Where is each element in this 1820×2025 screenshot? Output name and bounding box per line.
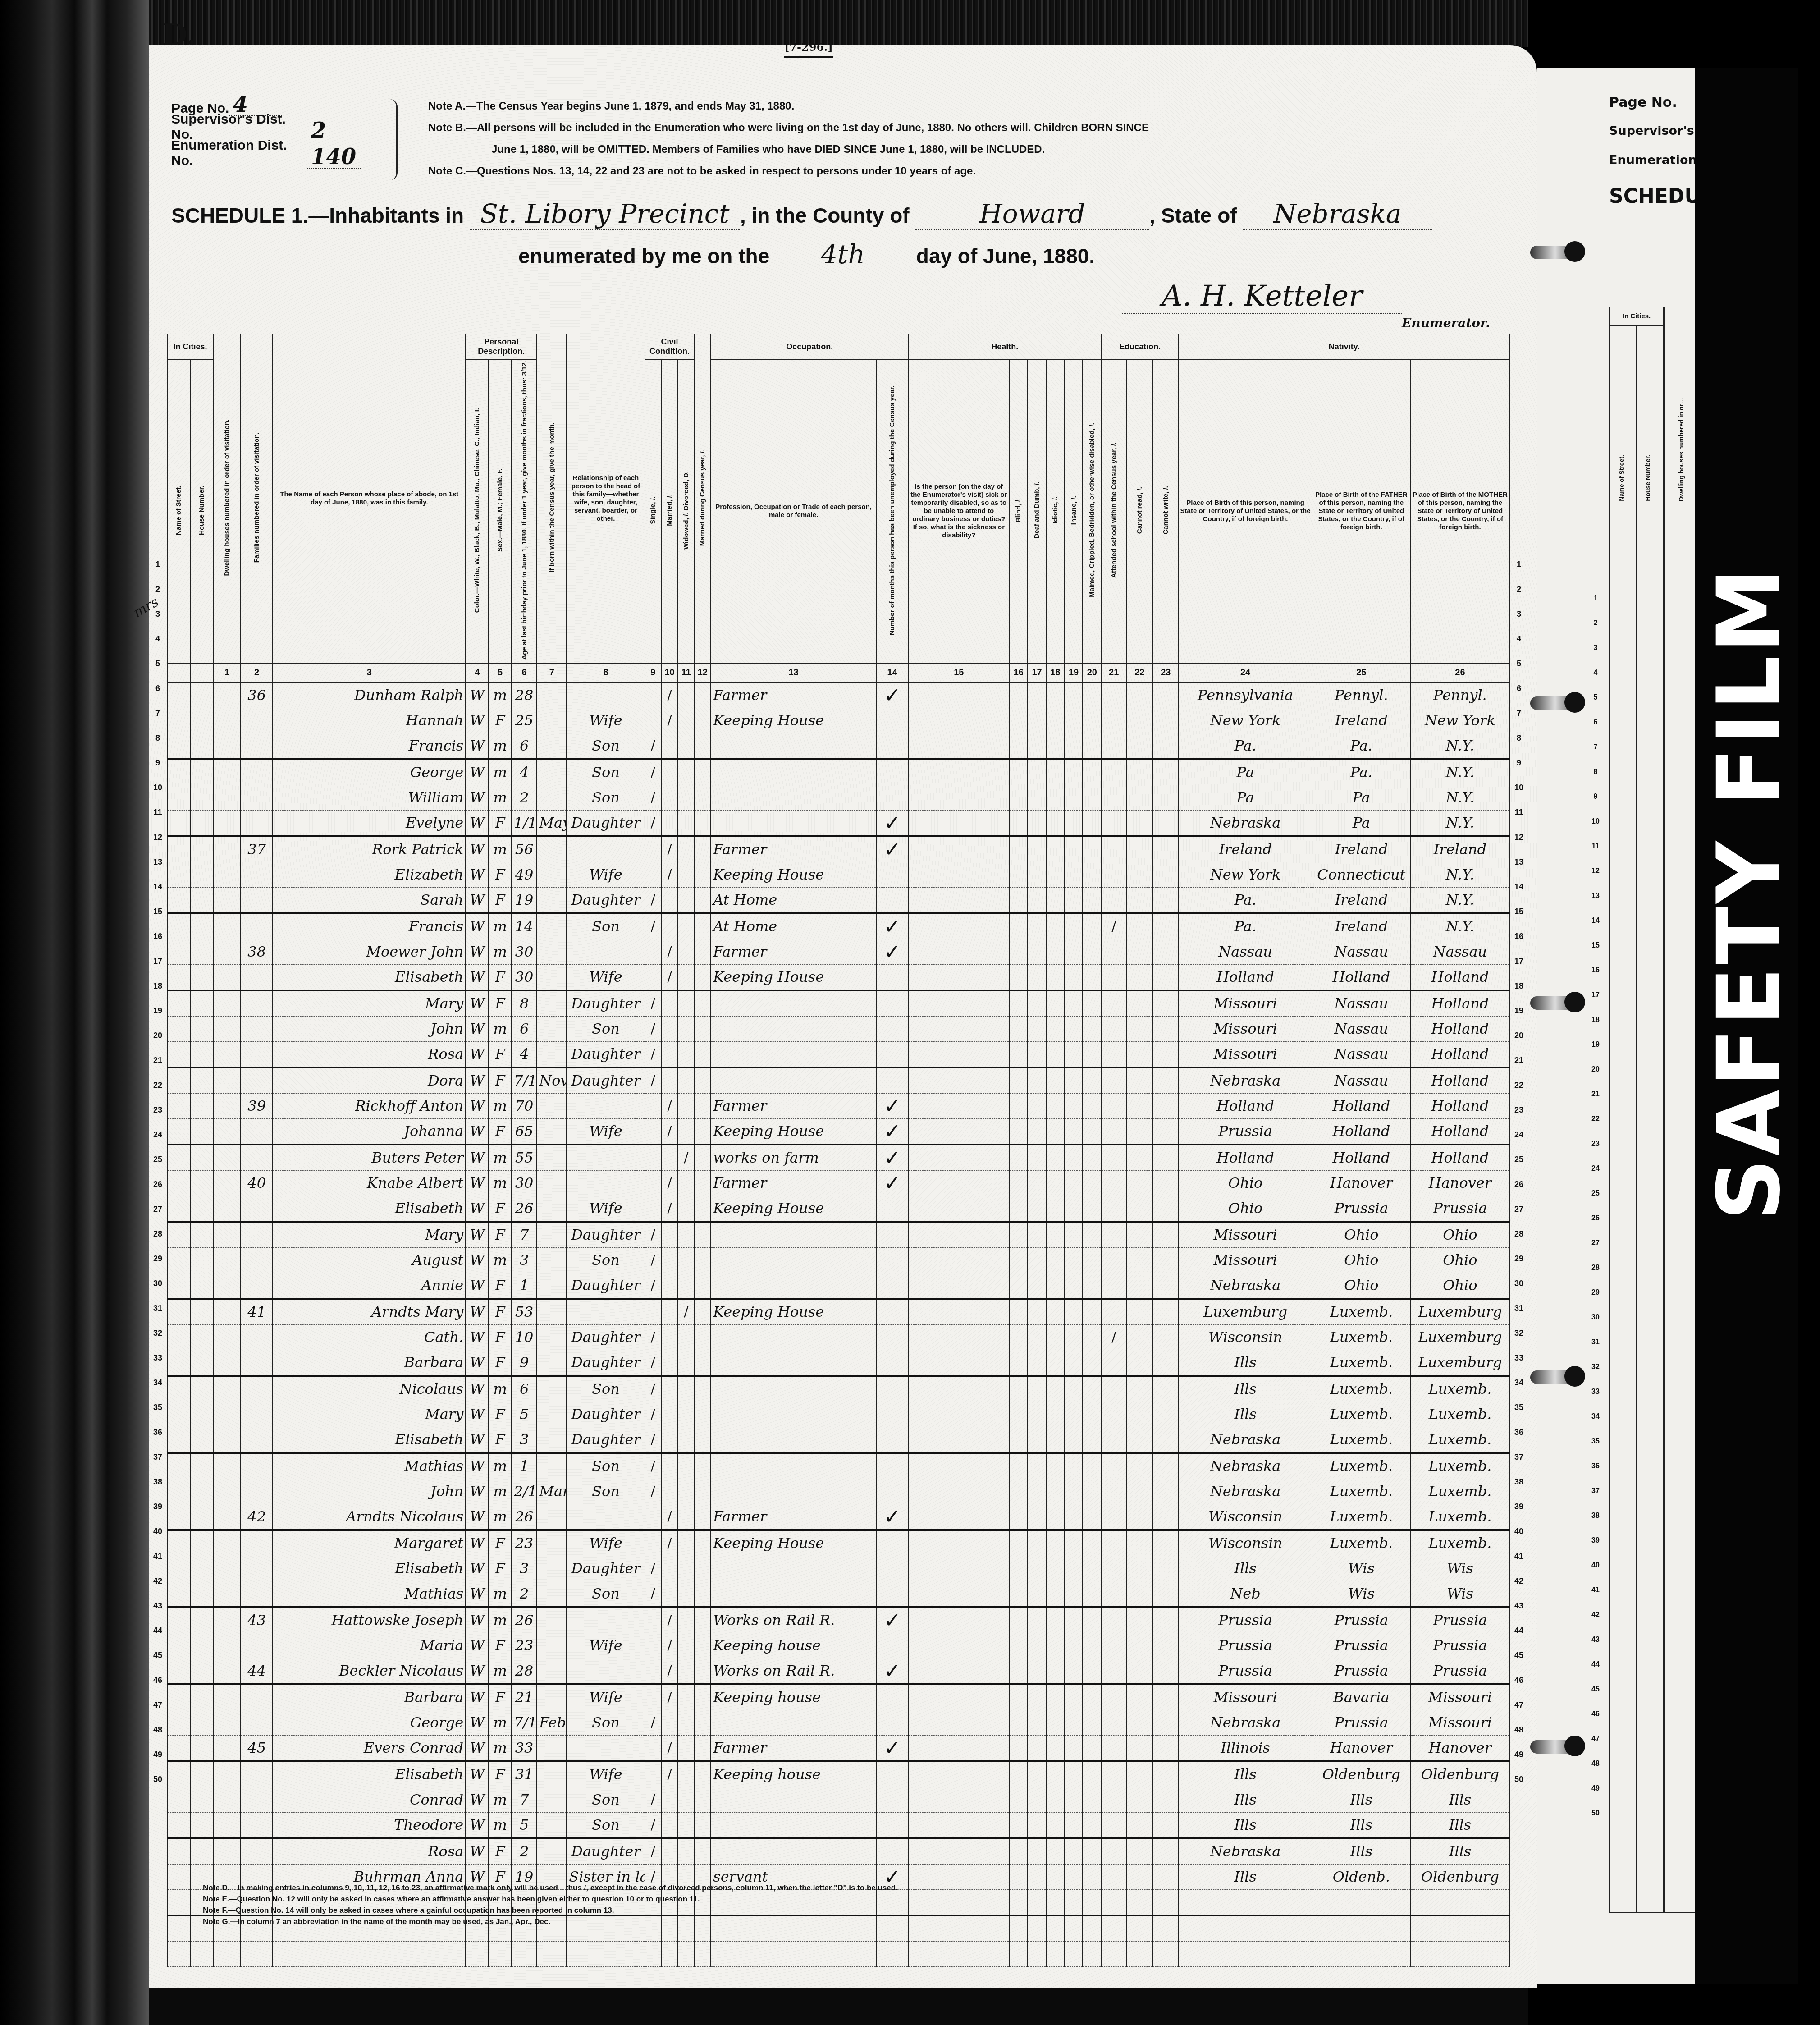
sex-cell: F: [489, 1838, 512, 1865]
surname: Hattowske: [331, 1612, 410, 1629]
census-row: Buters PeterWm55/works on farm✓HollandHo…: [167, 1145, 1509, 1171]
color-cell: W: [466, 1735, 489, 1761]
census-row: GeorgeWm4Son/PaPa.N.Y.: [167, 759, 1509, 785]
given-name: Rosa: [428, 1843, 463, 1860]
attended-school-cell: [1101, 1684, 1126, 1710]
father-birthplace-cell: Ohio: [1312, 1273, 1411, 1299]
attended-school-cell: [1101, 1273, 1126, 1299]
occupation-cell: [711, 1376, 876, 1402]
cannot-read-cell: [1126, 1273, 1152, 1299]
occupation-cell: Farmer: [711, 1093, 876, 1118]
cannot-read-cell: [1126, 1222, 1152, 1248]
occupation-cell: [711, 1324, 876, 1350]
surname: Buters: [371, 1149, 420, 1166]
dwelling-number-cell: [213, 1581, 241, 1607]
mother-birthplace-cell: Pennyl.: [1411, 683, 1509, 708]
dwelling-number-cell: [213, 1735, 241, 1761]
insane-cell: [1065, 1556, 1083, 1581]
occupation-cell: Keeping House: [711, 1299, 876, 1325]
given-name: William: [408, 789, 464, 806]
dwelling-number-cell: [213, 1376, 241, 1402]
cannot-read-cell: [1126, 1607, 1152, 1633]
line-number: 19: [1587, 1032, 1605, 1057]
street-cell: [167, 1324, 190, 1350]
cannot-write-cell: [1152, 1427, 1179, 1453]
name-cell: Nicolaus: [273, 1376, 466, 1402]
house-number-cell: [190, 1067, 213, 1094]
relationship-cell: Wife: [567, 1196, 645, 1222]
blind-cell: [1009, 1402, 1028, 1427]
cannot-read-cell: [1126, 1350, 1152, 1376]
idiotic-cell: [1046, 1684, 1065, 1710]
sickness-cell: [908, 1067, 1009, 1094]
color-cell: W: [466, 1273, 489, 1299]
family-number-cell: [241, 1684, 273, 1710]
house-number-cell: [190, 1735, 213, 1761]
given-name: Nicolaus: [399, 1380, 463, 1397]
book-binding: [0, 0, 149, 2025]
married-cell: /: [661, 1761, 678, 1787]
idiotic-cell: [1046, 1016, 1065, 1041]
line-number: 9: [149, 751, 167, 775]
census-row: MariaWF23Wife/Keeping housePrussiaPrussi…: [167, 1633, 1509, 1658]
mother-birthplace-cell: N.Y.: [1411, 785, 1509, 810]
cannot-write-cell: [1152, 964, 1179, 990]
name-cell: Evers Conrad: [273, 1735, 466, 1761]
birthplace-cell: [1179, 1915, 1312, 1942]
father-birthplace-cell: Luxemb.: [1312, 1324, 1411, 1350]
color-cell: W: [466, 1787, 489, 1812]
family-number-cell: 39: [241, 1093, 273, 1118]
house-number-cell: [190, 913, 213, 939]
age-cell: 28: [512, 1658, 537, 1684]
given-name: Maria: [420, 1637, 463, 1654]
line-number: 38: [149, 1470, 167, 1494]
months-unemployed-cell: [876, 1761, 908, 1787]
age-cell: 1/12: [512, 810, 537, 836]
cannot-write-cell: [1152, 683, 1179, 708]
sex-cell: m: [489, 1170, 512, 1196]
sickness-cell: [908, 990, 1009, 1017]
given-name: John: [430, 1020, 463, 1037]
dwelling-number-cell: [213, 1710, 241, 1735]
dwelling-number-cell: [213, 887, 241, 913]
months-unemployed-cell: [876, 1324, 908, 1350]
note-a: Note A.—The Census Year begins June 1, 1…: [428, 96, 1149, 117]
sex-cell: m: [489, 1145, 512, 1171]
birth-month-cell: [537, 1761, 567, 1787]
dwelling-number-cell: [213, 708, 241, 733]
occupation-cell: Keeping House: [711, 708, 876, 733]
given-name: Elizabeth: [395, 866, 464, 883]
given-name: Theodore: [394, 1816, 463, 1833]
given-name: Johanna: [404, 1122, 463, 1140]
column-number: 1: [213, 664, 241, 683]
occupation-cell: [711, 759, 876, 785]
deaf-dumb-cell: [1028, 1145, 1046, 1171]
married-in-year-cell: [695, 1067, 711, 1094]
line-number: 41: [1510, 1544, 1528, 1569]
surname: Evers: [364, 1739, 405, 1756]
mother-birthplace-cell: Luxemb.: [1411, 1479, 1509, 1504]
street-cell: [167, 1761, 190, 1787]
street-cell: [167, 1633, 190, 1658]
father-birthplace-cell: Holland: [1312, 1145, 1411, 1171]
birthplace-cell: Prussia: [1179, 1118, 1312, 1145]
line-number: 34: [149, 1370, 167, 1395]
name-cell: George: [273, 759, 466, 785]
street-cell: [167, 1016, 190, 1041]
name-cell: [273, 1941, 466, 1966]
relationship-cell: Wife: [567, 1633, 645, 1658]
sickness-cell: [908, 1402, 1009, 1427]
sex-cell: F: [489, 1041, 512, 1067]
married-in-year-cell: [695, 1607, 711, 1633]
color-cell: W: [466, 1504, 489, 1530]
father-birthplace-cell: Oldenburg: [1312, 1761, 1411, 1787]
header-age: Age at last birthday prior to June 1, 18…: [512, 359, 537, 664]
given-name: Evelyne: [406, 814, 463, 831]
age-cell: 3: [512, 1427, 537, 1453]
line-number: 40: [149, 1519, 167, 1544]
blind-cell: [1009, 1658, 1028, 1684]
widowed-cell: [678, 1735, 695, 1761]
blind-cell: [1009, 1196, 1028, 1222]
cannot-write-cell: [1152, 1067, 1179, 1094]
months-unemployed-cell: ✓: [876, 683, 908, 708]
married-in-year-cell: [695, 1402, 711, 1427]
line-number: 17: [149, 949, 167, 974]
line-number: 45: [149, 1643, 167, 1668]
note-b: Note B.—All persons will be included in …: [428, 117, 1149, 139]
blind-cell: [1009, 1273, 1028, 1299]
sex-cell: F: [489, 990, 512, 1017]
relationship-cell: Son: [567, 1812, 645, 1838]
family-number-cell: [241, 1633, 273, 1658]
line-number: 42: [1510, 1569, 1528, 1594]
census-row: 36Dunham RalphWm28/Farmer✓PennsylvaniaPe…: [167, 683, 1509, 708]
mother-birthplace-cell: Holland: [1411, 964, 1509, 990]
color-cell: W: [466, 1350, 489, 1376]
surname: Dunham: [354, 687, 416, 704]
married-in-year-cell: [695, 785, 711, 810]
relationship-cell: Daughter: [567, 1838, 645, 1865]
house-number-cell: [190, 1376, 213, 1402]
age-cell: 14: [512, 913, 537, 939]
birth-month-cell: [537, 708, 567, 733]
sex-cell: m: [489, 1479, 512, 1504]
brace-divider: [390, 99, 398, 180]
insane-cell: [1065, 1453, 1083, 1479]
mother-birthplace-cell: N.Y.: [1411, 862, 1509, 887]
months-unemployed-cell: [876, 785, 908, 810]
column-number: 19: [1065, 664, 1083, 683]
name-cell: Evelyne: [273, 810, 466, 836]
maimed-cell: [1083, 1684, 1101, 1710]
single-cell: /: [645, 1016, 662, 1041]
attended-school-cell: [1101, 708, 1126, 733]
dwelling-number-cell: [213, 1222, 241, 1248]
line-number: 32: [1510, 1321, 1528, 1346]
father-birthplace-cell: Prussia: [1312, 1658, 1411, 1684]
enumeration-dist-value: 140: [307, 146, 361, 169]
attended-school-cell: [1101, 964, 1126, 990]
column-number: 16: [1009, 664, 1028, 683]
married-cell: [661, 1710, 678, 1735]
color-cell: W: [466, 913, 489, 939]
maimed-cell: [1083, 1710, 1101, 1735]
attended-school-cell: /: [1101, 913, 1126, 939]
idiotic-cell: [1046, 1556, 1065, 1581]
cannot-read-cell: [1126, 1581, 1152, 1607]
attended-school-cell: [1101, 1350, 1126, 1376]
insane-cell: [1065, 913, 1083, 939]
house-number-cell: [190, 1838, 213, 1865]
census-row: MathiasWm2Son/NebWisWis: [167, 1581, 1509, 1607]
mother-birthplace-cell: N.Y.: [1411, 810, 1509, 836]
widowed-cell: [678, 1710, 695, 1735]
deaf-dumb-cell: [1028, 1350, 1046, 1376]
father-birthplace-cell: Connecticut: [1312, 862, 1411, 887]
months-unemployed-cell: [876, 1427, 908, 1453]
dwelling-number-cell: [213, 1145, 241, 1171]
birthplace-cell: Prussia: [1179, 1658, 1312, 1684]
header-color: Color.—White, W.; Black, B.; Mulatto, Mu…: [466, 359, 489, 664]
census-row: 39Rickhoff AntonWm70/Farmer✓HollandHolla…: [167, 1093, 1509, 1118]
father-birthplace-cell: [1312, 1941, 1411, 1966]
line-number: 50: [149, 1767, 167, 1792]
line-number: 30: [1510, 1271, 1528, 1296]
line-number: 21: [149, 1048, 167, 1073]
insane-cell: [1065, 1350, 1083, 1376]
attended-school-cell: [1101, 1041, 1126, 1067]
line-number: 15: [1587, 933, 1605, 958]
sickness-cell: [908, 862, 1009, 887]
sex-cell: F: [489, 1556, 512, 1581]
birth-month-cell: [537, 1941, 567, 1966]
single-cell: [645, 1504, 662, 1530]
sickness-cell: [908, 1118, 1009, 1145]
married-cell: /: [661, 1504, 678, 1530]
sex-cell: F: [489, 1273, 512, 1299]
cannot-read-cell: [1126, 913, 1152, 939]
maimed-cell: [1083, 1170, 1101, 1196]
widowed-cell: [678, 887, 695, 913]
name-cell: Francis: [273, 913, 466, 939]
occupation-cell: [711, 1479, 876, 1504]
cannot-read-cell: [1126, 939, 1152, 964]
line-number: 9: [1587, 784, 1605, 809]
maimed-cell: [1083, 1247, 1101, 1273]
sex-cell: m: [489, 733, 512, 759]
checkmark-icon: ✓: [883, 1119, 901, 1143]
maimed-cell: [1083, 1350, 1101, 1376]
family-number-cell: [241, 1710, 273, 1735]
idiotic-cell: [1046, 1761, 1065, 1787]
dwelling-number-cell: [213, 1684, 241, 1710]
birthplace-cell: Wisconsin: [1179, 1504, 1312, 1530]
occupation-cell: [711, 1941, 876, 1966]
rp-street: Name of Street.: [1618, 455, 1625, 501]
mother-birthplace-cell: Luxemburg: [1411, 1299, 1509, 1325]
house-number-cell: [190, 683, 213, 708]
idiotic-cell: [1046, 1915, 1065, 1942]
name-cell: Theodore: [273, 1812, 466, 1838]
birthplace-cell: Holland: [1179, 964, 1312, 990]
census-row: FrancisWm6Son/Pa.Pa.N.Y.: [167, 733, 1509, 759]
attended-school-cell: [1101, 1556, 1126, 1581]
widowed-cell: [678, 836, 695, 862]
cannot-read-cell: [1126, 1479, 1152, 1504]
street-cell: [167, 1196, 190, 1222]
street-cell: [167, 1453, 190, 1479]
blind-cell: [1009, 1479, 1028, 1504]
attended-school-cell: [1101, 759, 1126, 785]
married-cell: [661, 1787, 678, 1812]
header-relationship: Relationship of each person to the head …: [567, 334, 645, 664]
maimed-cell: [1083, 1273, 1101, 1299]
birthplace-cell: Missouri: [1179, 1247, 1312, 1273]
birthplace-cell: Pennsylvania: [1179, 683, 1312, 708]
father-birthplace-cell: Nassau: [1312, 939, 1411, 964]
cannot-write-cell: [1152, 1915, 1179, 1942]
father-birthplace-cell: Ohio: [1312, 1247, 1411, 1273]
father-birthplace-cell: Luxemb.: [1312, 1453, 1411, 1479]
color-cell: W: [466, 939, 489, 964]
widowed-cell: [678, 683, 695, 708]
sex-cell: m: [489, 1787, 512, 1812]
single-cell: /: [645, 1812, 662, 1838]
sickness-cell: [908, 1299, 1009, 1325]
idiotic-cell: [1046, 1658, 1065, 1684]
checkmark-icon: ✓: [883, 939, 901, 964]
idiotic-cell: [1046, 1889, 1065, 1915]
deaf-dumb-cell: [1028, 1581, 1046, 1607]
months-unemployed-cell: ✓: [876, 1504, 908, 1530]
relationship-cell: Daughter: [567, 1067, 645, 1094]
given-name: August: [412, 1251, 463, 1269]
married-cell: [661, 1941, 678, 1966]
widowed-cell: [678, 1812, 695, 1838]
given-name: Elisabeth: [395, 1200, 463, 1217]
relationship-cell: Son: [567, 913, 645, 939]
idiotic-cell: [1046, 1530, 1065, 1556]
idiotic-cell: [1046, 1170, 1065, 1196]
age-cell: 30: [512, 1170, 537, 1196]
deaf-dumb-cell: [1028, 1016, 1046, 1041]
family-number-cell: [241, 1479, 273, 1504]
sex-cell: m: [489, 683, 512, 708]
father-birthplace-cell: Hanover: [1312, 1735, 1411, 1761]
birthplace-cell: Nebraska: [1179, 1710, 1312, 1735]
line-number: 34: [1587, 1404, 1605, 1429]
deaf-dumb-cell: [1028, 1607, 1046, 1633]
header-married-census-year: Married during Census year, /.: [695, 334, 711, 664]
street-cell: [167, 1479, 190, 1504]
line-number: 36: [1510, 1420, 1528, 1445]
color-cell: W: [466, 785, 489, 810]
birth-month-cell: [537, 913, 567, 939]
checkmark-icon: ✓: [883, 683, 901, 707]
house-number-cell: [190, 1145, 213, 1171]
months-unemployed-cell: [876, 1376, 908, 1402]
birthplace-cell: Pa.: [1179, 913, 1312, 939]
given-name: Mathias: [404, 1585, 463, 1602]
line-number: 10: [149, 775, 167, 800]
attended-school-cell: [1101, 1658, 1126, 1684]
attended-school-cell: [1101, 785, 1126, 810]
insane-cell: [1065, 1504, 1083, 1530]
married-in-year-cell: [695, 913, 711, 939]
line-number: 31: [1587, 1330, 1605, 1355]
months-unemployed-cell: [876, 1222, 908, 1248]
months-unemployed-cell: [876, 1530, 908, 1556]
birth-month-cell: [537, 733, 567, 759]
deaf-dumb-cell: [1028, 887, 1046, 913]
column-number: 21: [1101, 664, 1126, 683]
attended-school-cell: [1101, 887, 1126, 913]
insane-cell: [1065, 1196, 1083, 1222]
father-birthplace-cell: Prussia: [1312, 1710, 1411, 1735]
street-cell: [167, 1556, 190, 1581]
color-cell: W: [466, 1633, 489, 1658]
given-name: Elisabeth: [395, 1431, 463, 1448]
house-number-cell: [190, 1710, 213, 1735]
maimed-cell: [1083, 1838, 1101, 1865]
occupation-cell: [711, 1016, 876, 1041]
schedule-title: SCHEDULE 1.—Inhabitants in St. Libory Pr…: [171, 198, 1432, 230]
street-cell: [167, 1067, 190, 1094]
sickness-cell: [908, 1479, 1009, 1504]
checkmark-icon: ✓: [883, 1504, 901, 1529]
street-cell: [167, 1607, 190, 1633]
married-cell: /: [661, 708, 678, 733]
note-f: Note F.—Question No. 14 will only be ask…: [203, 1905, 898, 1916]
given-name: George: [410, 1714, 463, 1731]
deaf-dumb-cell: [1028, 1041, 1046, 1067]
blind-cell: [1009, 1812, 1028, 1838]
father-birthplace-cell: Nassau: [1312, 1016, 1411, 1041]
cannot-read-cell: [1126, 1299, 1152, 1325]
father-birthplace-cell: Ills: [1312, 1838, 1411, 1865]
attended-school-cell: [1101, 1299, 1126, 1325]
mother-birthplace-cell: Wis: [1411, 1581, 1509, 1607]
insane-cell: [1065, 1812, 1083, 1838]
line-number: 28: [1510, 1222, 1528, 1246]
deaf-dumb-cell: [1028, 1273, 1046, 1299]
header-health: Health.: [908, 334, 1101, 359]
sex-cell: m: [489, 1504, 512, 1530]
single-cell: [645, 1530, 662, 1556]
given-name: Nicolaus: [399, 1662, 463, 1679]
blind-cell: [1009, 1864, 1028, 1889]
line-number: 32: [149, 1321, 167, 1346]
family-number-cell: 38: [241, 939, 273, 964]
enumerator-label: Enumerator.: [1402, 316, 1490, 330]
blind-cell: [1009, 1222, 1028, 1248]
cannot-write-cell: [1152, 1479, 1179, 1504]
column-number: 15: [908, 664, 1009, 683]
color-cell: W: [466, 1118, 489, 1145]
given-name: Patrick: [412, 841, 463, 858]
married-cell: [661, 1838, 678, 1865]
house-number-cell: [190, 1170, 213, 1196]
cannot-write-cell: [1152, 785, 1179, 810]
occupation-cell: [711, 1787, 876, 1812]
father-birthplace-cell: Ireland: [1312, 913, 1411, 939]
deaf-dumb-cell: [1028, 1453, 1046, 1479]
street-cell: [167, 964, 190, 990]
